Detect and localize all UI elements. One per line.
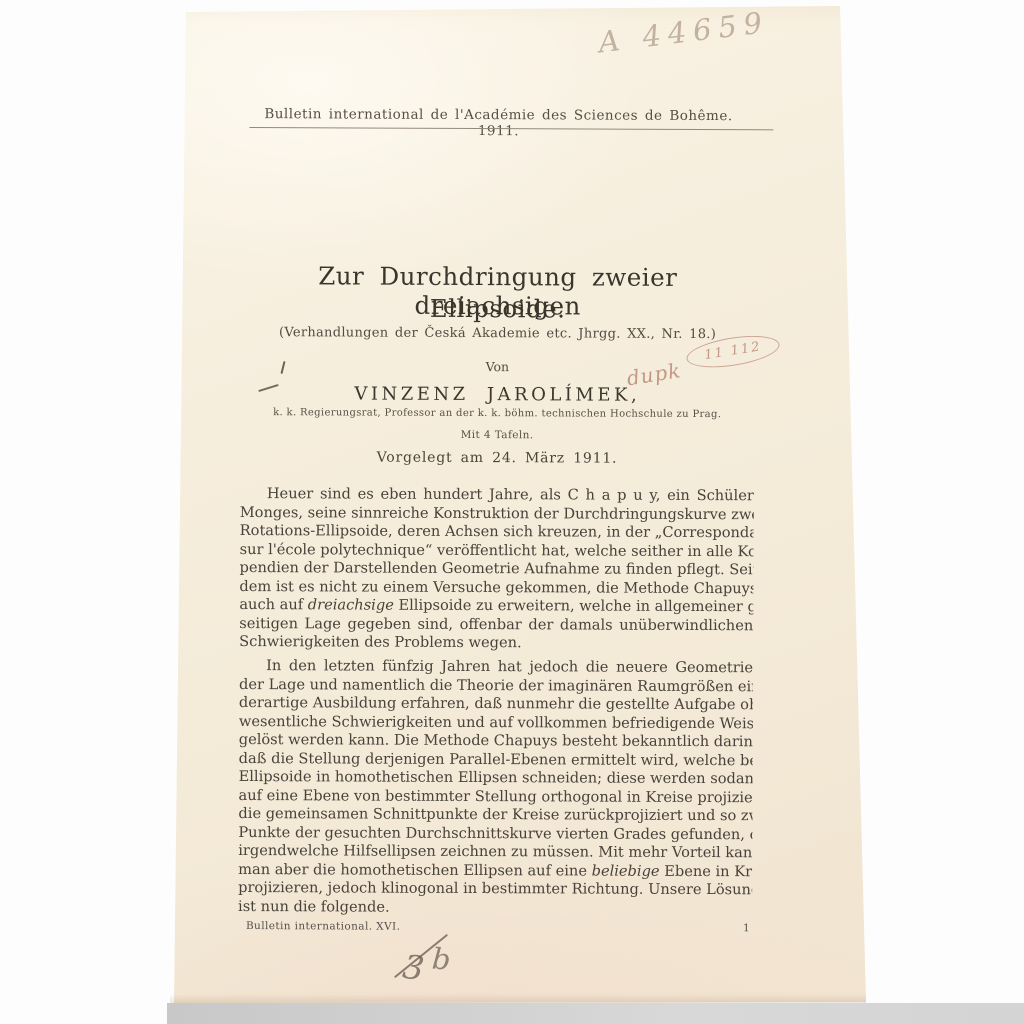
body-text-line: Ellipsoide in homothetischen Ellipsen sc… xyxy=(239,768,753,789)
body-text-line: gelöst werden kann. Die Methode Chapuys … xyxy=(239,731,753,752)
body-text-line: irgendwelche Hilfsellipsen zeichnen zu m… xyxy=(238,842,752,863)
body-text-line: daß die Stellung derjenigen Parallel-Ebe… xyxy=(239,749,753,770)
body-text-line: Heuer sind es eben hundert Jahre, als C … xyxy=(240,485,754,506)
body-text-line: man aber die homothetischen Ellipsen auf… xyxy=(238,860,752,881)
footer-journal-ref: Bulletin international. XVI. xyxy=(246,920,400,933)
body-text-line: ist nun die folgende. xyxy=(238,897,752,918)
body-text-segment: man aber die homothetischen Ellipsen auf… xyxy=(238,860,591,879)
body-text-line: dem ist es nicht zu einem Versuche gekom… xyxy=(239,577,753,598)
paper-title-line2: Ellipsoide. xyxy=(241,293,755,324)
body-text-line: Schwierigkeiten des Problems wegen. xyxy=(239,633,753,654)
body-text-line: seitigen Lage gegeben sind, offenbar der… xyxy=(239,614,753,635)
author-name: VINZENZ JAROLÍMEK, xyxy=(240,383,754,406)
body-text-line: projizieren, jedoch klinogonal in bestim… xyxy=(238,879,752,900)
handwritten-bottom-mark-letter: b xyxy=(431,941,452,976)
printed-content: Bulletin international de l'Académie des… xyxy=(238,0,756,1024)
series-note: (Verhandlungen der Česká Akademie etc. J… xyxy=(241,325,755,342)
author-affiliation: k. k. Regierungsrat, Professor an der k.… xyxy=(240,407,754,420)
body-text-line: In den letzten fünfzig Jahren hat jedoch… xyxy=(239,657,753,678)
emphasized-word: beliebige xyxy=(592,862,660,879)
body-text-line: Rotations-Ellipsoide, deren Achsen sich … xyxy=(240,522,754,543)
body-text-line: auch auf dreiachsige Ellipsoide zu erwei… xyxy=(239,596,753,617)
body-text-line: auf eine Ebene von bestimmter Stellung o… xyxy=(238,786,752,807)
body-text-line: sur l'école polytechnique“ veröffentlich… xyxy=(240,540,754,561)
body-text-segment: Ebene in Kreise xyxy=(660,862,753,880)
body-text-segment: Ellipsoide zu erweitern, welche in allge… xyxy=(394,597,754,616)
body-text-line: wesentliche Schwierigkeiten und auf voll… xyxy=(239,712,753,733)
page-number: 1 xyxy=(743,922,763,934)
presentation-date: Vorgelegt am 24. März 1911. xyxy=(240,449,754,467)
body-text-segment: auch auf xyxy=(239,596,308,613)
body-text-line: die gemeinsamen Schnittpunkte der Kreise… xyxy=(238,805,752,826)
page-footer: Bulletin international. XVI. 1 xyxy=(238,920,752,922)
paragraph-2: In den letzten fünfzig Jahren hat jedoch… xyxy=(238,657,753,918)
body-text-line: pendien der Darstellenden Geometrie Aufn… xyxy=(239,559,753,580)
body-text-line: Punkte der gesuchten Durchschnittskurve … xyxy=(238,823,752,844)
body-text-line: derartige Ausbildung erfahren, daß nunme… xyxy=(239,694,753,715)
body-text-line: der Lage und namentlich die Theorie der … xyxy=(239,675,753,696)
body-text-line: Monges, seine sinnreiche Konstruktion de… xyxy=(240,503,754,524)
emphasized-word: dreiachsige xyxy=(308,596,394,613)
photo-background: Bulletin international de l'Académie des… xyxy=(0,0,1024,1024)
plates-note: Mit 4 Tafeln. xyxy=(240,428,754,442)
paragraph-1: Heuer sind es eben hundert Jahre, als C … xyxy=(239,485,754,654)
journal-header-line: Bulletin international de l'Académie des… xyxy=(241,106,755,140)
